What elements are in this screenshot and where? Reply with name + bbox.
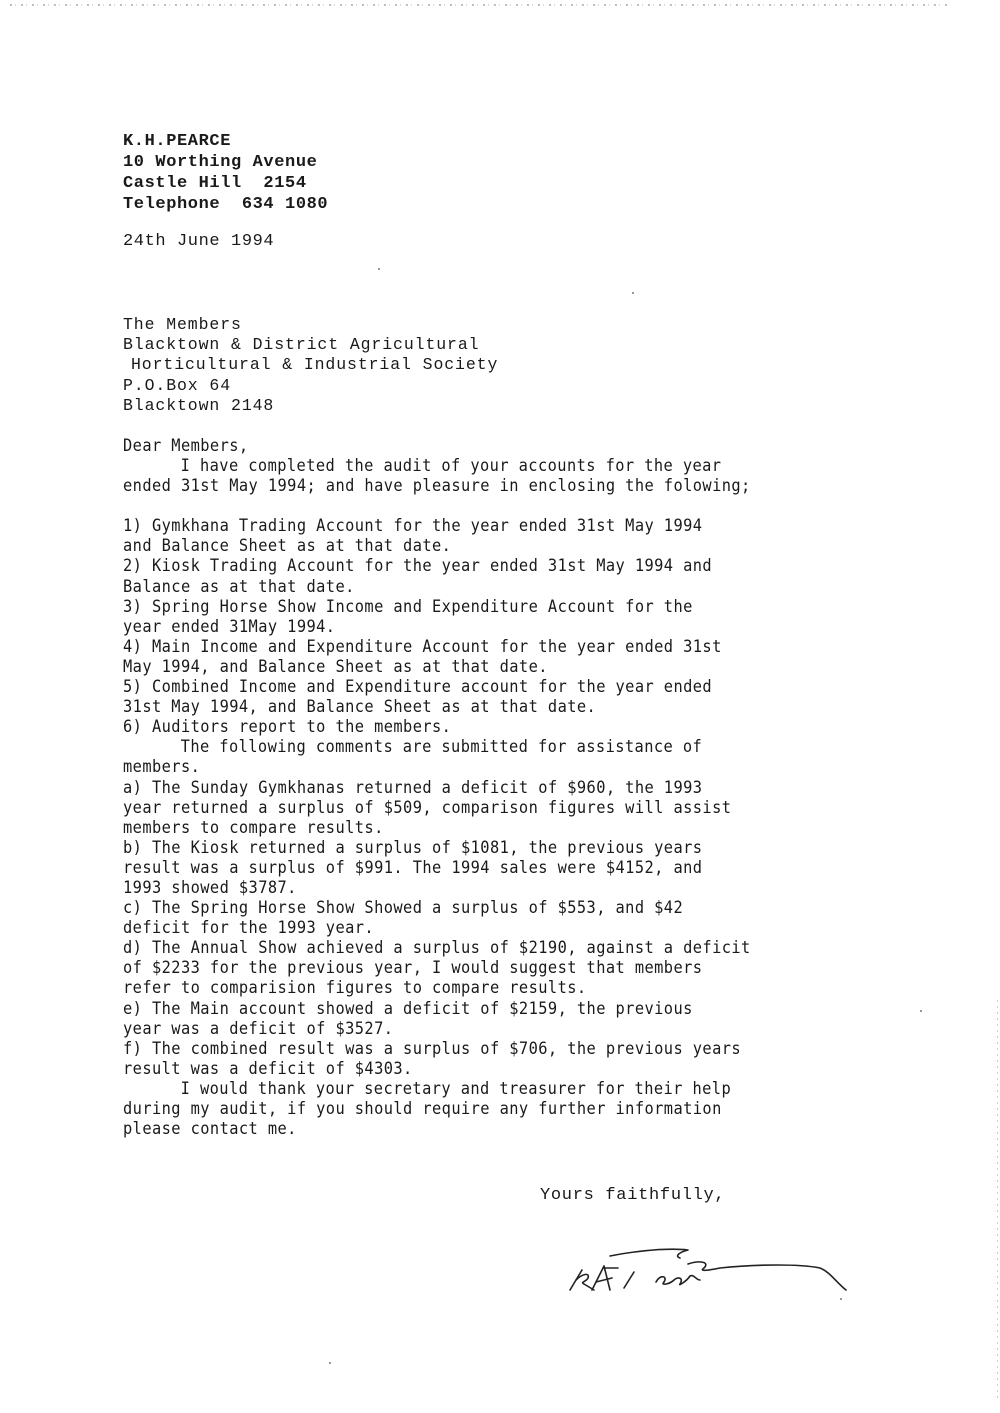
recipient-line: Horticultural & Industrial Society xyxy=(123,355,498,375)
scan-speck xyxy=(840,1298,842,1300)
comment-line: of $2233 for the previous year, I would … xyxy=(123,958,867,978)
closing-para-line: please contact me. xyxy=(123,1119,867,1139)
closing-para-line: during my audit, if you should require a… xyxy=(123,1099,867,1119)
sender-address: K.H.PEARCE 10 Worthing Avenue Castle Hil… xyxy=(123,131,328,215)
comment-line: b) The Kiosk returned a surplus of $1081… xyxy=(123,838,867,858)
comment-line: year returned a surplus of $509, compari… xyxy=(123,798,867,818)
enclosure-line: May 1994, and Balance Sheet as at that d… xyxy=(123,657,867,677)
comment-line: e) The Main account showed a deficit of … xyxy=(123,999,867,1019)
intro-line: ended 31st May 1994; and have pleasure i… xyxy=(123,476,867,496)
enclosure-line: 1) Gymkhana Trading Account for the year… xyxy=(123,516,867,536)
comment-line: 1993 showed $3787. xyxy=(123,878,867,898)
comment-line: refer to comparision figures to compare … xyxy=(123,978,867,998)
scan-speck xyxy=(632,292,634,294)
enclosure-line: 3) Spring Horse Show Income and Expendit… xyxy=(123,597,867,617)
salutation: Dear Members, xyxy=(123,436,867,456)
intro-line: I have completed the audit of your accou… xyxy=(123,456,867,476)
comment-line: result was a deficit of $4303. xyxy=(123,1059,867,1079)
enclosure-list: 1) Gymkhana Trading Account for the year… xyxy=(123,516,867,737)
recipient-line: Blacktown & District Agricultural xyxy=(123,335,498,355)
letter-page: K.H.PEARCE 10 Worthing Avenue Castle Hil… xyxy=(0,0,1000,1413)
enclosure-line: 2) Kiosk Trading Account for the year en… xyxy=(123,556,867,576)
scan-artifact-top xyxy=(10,4,950,6)
closing-phrase: Yours faithfully, xyxy=(540,1186,725,1205)
comments-list: a) The Sunday Gymkhanas returned a defic… xyxy=(123,778,867,1079)
recipient-address: The Members Blacktown & District Agricul… xyxy=(123,315,498,416)
comments-intro-line: The following comments are submitted for… xyxy=(123,737,867,757)
letter-date: 24th June 1994 xyxy=(123,232,274,251)
scan-speck xyxy=(920,1010,922,1012)
sender-street: 10 Worthing Avenue xyxy=(123,152,328,173)
comment-line: f) The combined result was a surplus of … xyxy=(123,1039,867,1059)
recipient-line: P.O.Box 64 xyxy=(123,376,498,396)
enclosure-line: year ended 31May 1994. xyxy=(123,617,867,637)
scan-artifact-right xyxy=(997,1000,998,1400)
enclosure-line: and Balance Sheet as at that date. xyxy=(123,536,867,556)
comment-line: c) The Spring Horse Show Showed a surplu… xyxy=(123,898,867,918)
handwritten-signature xyxy=(560,1238,860,1298)
recipient-line: The Members xyxy=(123,315,498,335)
comment-line: result was a surplus of $991. The 1994 s… xyxy=(123,858,867,878)
recipient-line: Blacktown 2148 xyxy=(123,396,498,416)
comments-intro-line: members. xyxy=(123,757,867,777)
enclosure-line: 6) Auditors report to the members. xyxy=(123,717,867,737)
enclosure-line: 4) Main Income and Expenditure Account f… xyxy=(123,637,867,657)
comment-line: year was a deficit of $3527. xyxy=(123,1019,867,1039)
comment-line: a) The Sunday Gymkhanas returned a defic… xyxy=(123,778,867,798)
letter-body: Dear Members, I have completed the audit… xyxy=(123,436,867,1139)
comment-line: d) The Annual Show achieved a surplus of… xyxy=(123,938,867,958)
enclosure-line: Balance as at that date. xyxy=(123,577,867,597)
scan-speck xyxy=(329,1362,331,1364)
comment-line: deficit for the 1993 year. xyxy=(123,918,867,938)
sender-name: K.H.PEARCE xyxy=(123,131,328,152)
sender-suburb: Castle Hill 2154 xyxy=(123,173,328,194)
sender-telephone: Telephone 634 1080 xyxy=(123,194,328,215)
closing-para-line: I would thank your secretary and treasur… xyxy=(123,1079,867,1099)
comment-line: members to compare results. xyxy=(123,818,867,838)
enclosure-line: 5) Combined Income and Expenditure accou… xyxy=(123,677,867,697)
scan-speck xyxy=(378,268,380,270)
enclosure-line: 31st May 1994, and Balance Sheet as at t… xyxy=(123,697,867,717)
